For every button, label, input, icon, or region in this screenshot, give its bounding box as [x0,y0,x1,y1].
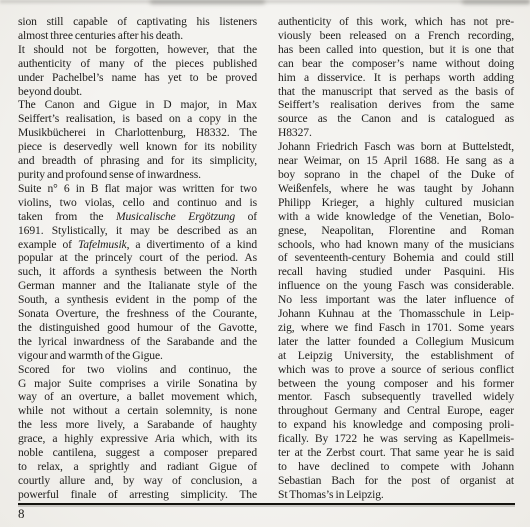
text-column-left: sion still capable of captivating his li… [18,15,257,502]
text-line: to expand his knowledge and composing pr… [278,418,514,432]
text-line: Philipp Krieger, a highly cultured music… [278,196,514,210]
text-line: German manner and the Italianate style o… [18,279,257,293]
text-line: the less more lively, a Sarabande of hau… [18,418,257,432]
text-line: G major Suite comprises a virile Sonatin… [18,377,257,391]
text-line: sion still capable of captivating his li… [18,15,257,29]
text-line: Seiffert’s realisation derives from the … [278,98,514,112]
text-line: H8327. [278,126,514,140]
text-line: beyond doubt. [18,85,257,99]
text-line: while not without a certain solemnity, i… [18,404,257,418]
text-line: 1691. Stylistically, it may be described… [18,224,257,238]
page-number: 8 [18,506,25,521]
text-line: authenticity of this work, which has not… [278,15,514,29]
paragraph: Scored for two violins and continuo, the… [18,363,257,502]
text-column-right: authenticity of this work, which has not… [278,15,514,502]
paragraph: Suite n° 6 in B flat major was written f… [18,182,257,363]
text-line: vigour and warmth of the Gigue. [18,349,257,363]
text-line: Sonata Overture, the freshness of the Co… [18,307,257,321]
text-line: to relax, a sprightly and radiant Gigue … [18,460,257,474]
text-line: boy soprano in the chapel of the Duke of [278,168,514,182]
text-line: Scored for two violins and continuo, the [18,363,257,377]
text-line: ter at the Zerbst court. That same year … [278,446,514,460]
text-line: noble cantilena, suggest a composer prep… [18,446,257,460]
text-line: taken from the Musicalische Ergötzung of [18,210,257,224]
paragraph: authenticity of this work, which has not… [278,15,514,140]
text-line: has been called into question, but it is… [278,43,514,57]
text-line: which was to prove a source of serious c… [278,363,514,377]
paragraph: The Canon and Gigue in D major, in MaxSe… [18,98,257,181]
text-line: Seiffert’s realisation, is based on a co… [18,112,257,126]
text-line: between the young composer and his forme… [278,377,514,391]
text-line: zig, where we find Fasch in 1701. Some y… [278,321,514,335]
text-line: Johann Kuhnau at the Thomasschule in Lei… [278,307,514,321]
text-line: to have declined to compete with Johann [278,460,514,474]
text-line: mentor. Fasch subsequently travelled wid… [278,390,514,404]
text-line: the lyrical inwardness of the Sarabande … [18,335,257,349]
text-line: Suite n° 6 in B flat major was written f… [18,182,257,196]
text-line: influence on the young Fasch was conside… [278,279,514,293]
text-line: Sebastian Bach for the post of organist … [278,474,514,488]
text-line: near Weimar, on 15 April 1688. He sang a… [278,154,514,168]
text-line: authenticity of many of the pieces publi… [18,57,257,71]
text-line: viously been released on a French record… [278,29,514,43]
text-line: example of Tafelmusik, a divertimento of… [18,238,257,252]
text-line: Weißenfels, where he was taught by Johan… [278,182,514,196]
text-line: popular at the princely court of the per… [18,251,257,265]
text-line: fically. By 1722 he was serving as Kapel… [278,432,514,446]
text-line: under Pachelbel’s name has yet to be pro… [18,71,257,85]
text-line: piece is deservedly well known for its n… [18,140,257,154]
paragraph: sion still capable of captivating his li… [18,15,257,43]
paragraph: Johann Friedrich Fasch was born at Butte… [278,140,514,502]
text-line: throughout Germany and Central Europe, e… [278,404,514,418]
text-line: that the manuscript that served as the b… [278,85,514,99]
scan-smudge [150,0,265,4]
text-line: South, a synthesis evident in the pomp o… [18,293,257,307]
text-line: with a wide knowledge of the Venetian, B… [278,210,514,224]
text-line: at Leipzig University, the establishment… [278,349,514,363]
footer-rule [18,503,515,505]
scan-smudge [462,0,530,4]
text-line: violins, two violas, cello and continuo … [18,196,257,210]
text-line: Musikbücherei in Charlottenburg, H8332. … [18,126,257,140]
text-line: St Thomas’s in Leipzig. [278,488,514,502]
text-line: almost three centuries after his death. [18,29,257,43]
text-line: him a disservice. It is perhaps worth ad… [278,71,514,85]
text-line: grace, a highly expressive Aria which, w… [18,432,257,446]
text-line: way of an overture, a ballet movement wh… [18,390,257,404]
text-line: source as the Canon and is catalogued as [278,112,514,126]
text-line: Johann Friedrich Fasch was born at Butte… [278,140,514,154]
text-line: No less important was the later influenc… [278,293,514,307]
text-line: such, it affords a synthesis between the… [18,265,257,279]
paragraph: It should not be forgotten, however, tha… [18,43,257,99]
text-line: It should not be forgotten, however, tha… [18,43,257,57]
booklet-page: sion still capable of captivating his li… [0,0,530,527]
text-line: gnese, Neapolitan, Florentine and Roman [278,224,514,238]
text-line: and breadth of phrasing and for its simp… [18,154,257,168]
text-line: The Canon and Gigue in D major, in Max [18,98,257,112]
text-line: recall having studied under Pasquini. Hi… [278,265,514,279]
text-line: schools, who had known many of the music… [278,238,514,252]
text-line: the distinguished good humour of the Gav… [18,321,257,335]
text-line: later the latter founded a Collegium Mus… [278,335,514,349]
text-line: powerful finale of arresting simplicity.… [18,488,257,502]
scan-edge-shadow [0,0,530,5]
text-columns: sion still capable of captivating his li… [18,15,514,502]
text-line: courtly allure and, by way of conclusion… [18,474,257,488]
text-line: purity and profound sense of inwardness. [18,168,257,182]
text-line: of seventeenth-century Bohemia and could… [278,251,514,265]
text-line: can bear the composer’s name without doi… [278,57,514,71]
